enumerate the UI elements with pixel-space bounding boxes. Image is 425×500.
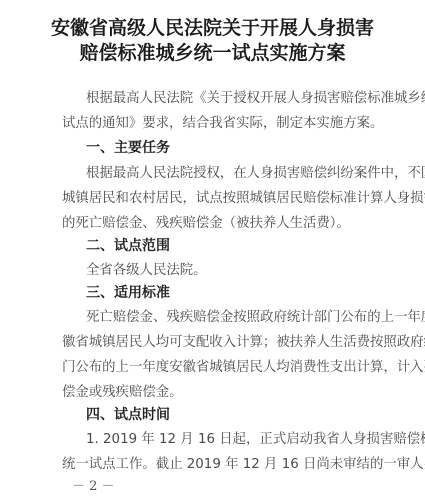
page-number: － 2 － (72, 475, 115, 494)
section-3-line-4: 偿金或残疾赔偿金。 (62, 381, 183, 400)
section-heading-applicable-standards: 三、适用标准 (86, 282, 170, 302)
section-heading-pilot-time: 四、试点时间 (86, 404, 170, 424)
section-4-line-1: 1. 2019 年 12 月 16 日起，正式启动我省人身损害赔偿标准城乡 (86, 428, 425, 447)
section-3-line-1: 死亡赔偿金、残疾赔偿金按照政府统计部门公布的上一年度安 (86, 306, 425, 325)
intro-line-2: 试点的通知》要求，结合我省实际，制定本实施方案。 (62, 112, 383, 131)
section-heading-main-tasks: 一、主要任务 (86, 137, 170, 157)
section-2-line-1: 全省各级人民法院。 (86, 259, 207, 278)
section-3-line-3: 门公布的上一年度安徽省城镇居民人均消费性支出计算，计入死亡赔 (62, 356, 425, 375)
section-3-line-2: 徽省城镇居民人均可支配收入计算；被扶养人生活费按照政府统计部 (62, 331, 425, 350)
section-1-line-1: 根据最高人民法院授权，在人身损害赔偿纠纷案件中，不区分 (86, 162, 425, 181)
document-title-line-1: 安徽省高级人民法院关于开展人身损害 (0, 13, 425, 40)
section-1-line-2: 城镇居民和农村居民，试点按照城镇居民赔偿标准计算人身损害赔偿 (62, 187, 425, 206)
section-heading-pilot-scope: 二、试点范围 (86, 235, 170, 255)
document-title-line-2: 赔偿标准城乡统一试点实施方案 (0, 38, 425, 65)
intro-line-1: 根据最高人民法院《关于授权开展人身损害赔偿标准城乡统一 (86, 87, 425, 106)
section-1-line-3: 的死亡赔偿金、残疾赔偿金（被扶养人生活费）。 (62, 212, 350, 231)
section-4-line-2: 统一试点工作。截止 2019 年 12 月 16 日尚未审结的一审人身损害赔 (62, 453, 425, 472)
